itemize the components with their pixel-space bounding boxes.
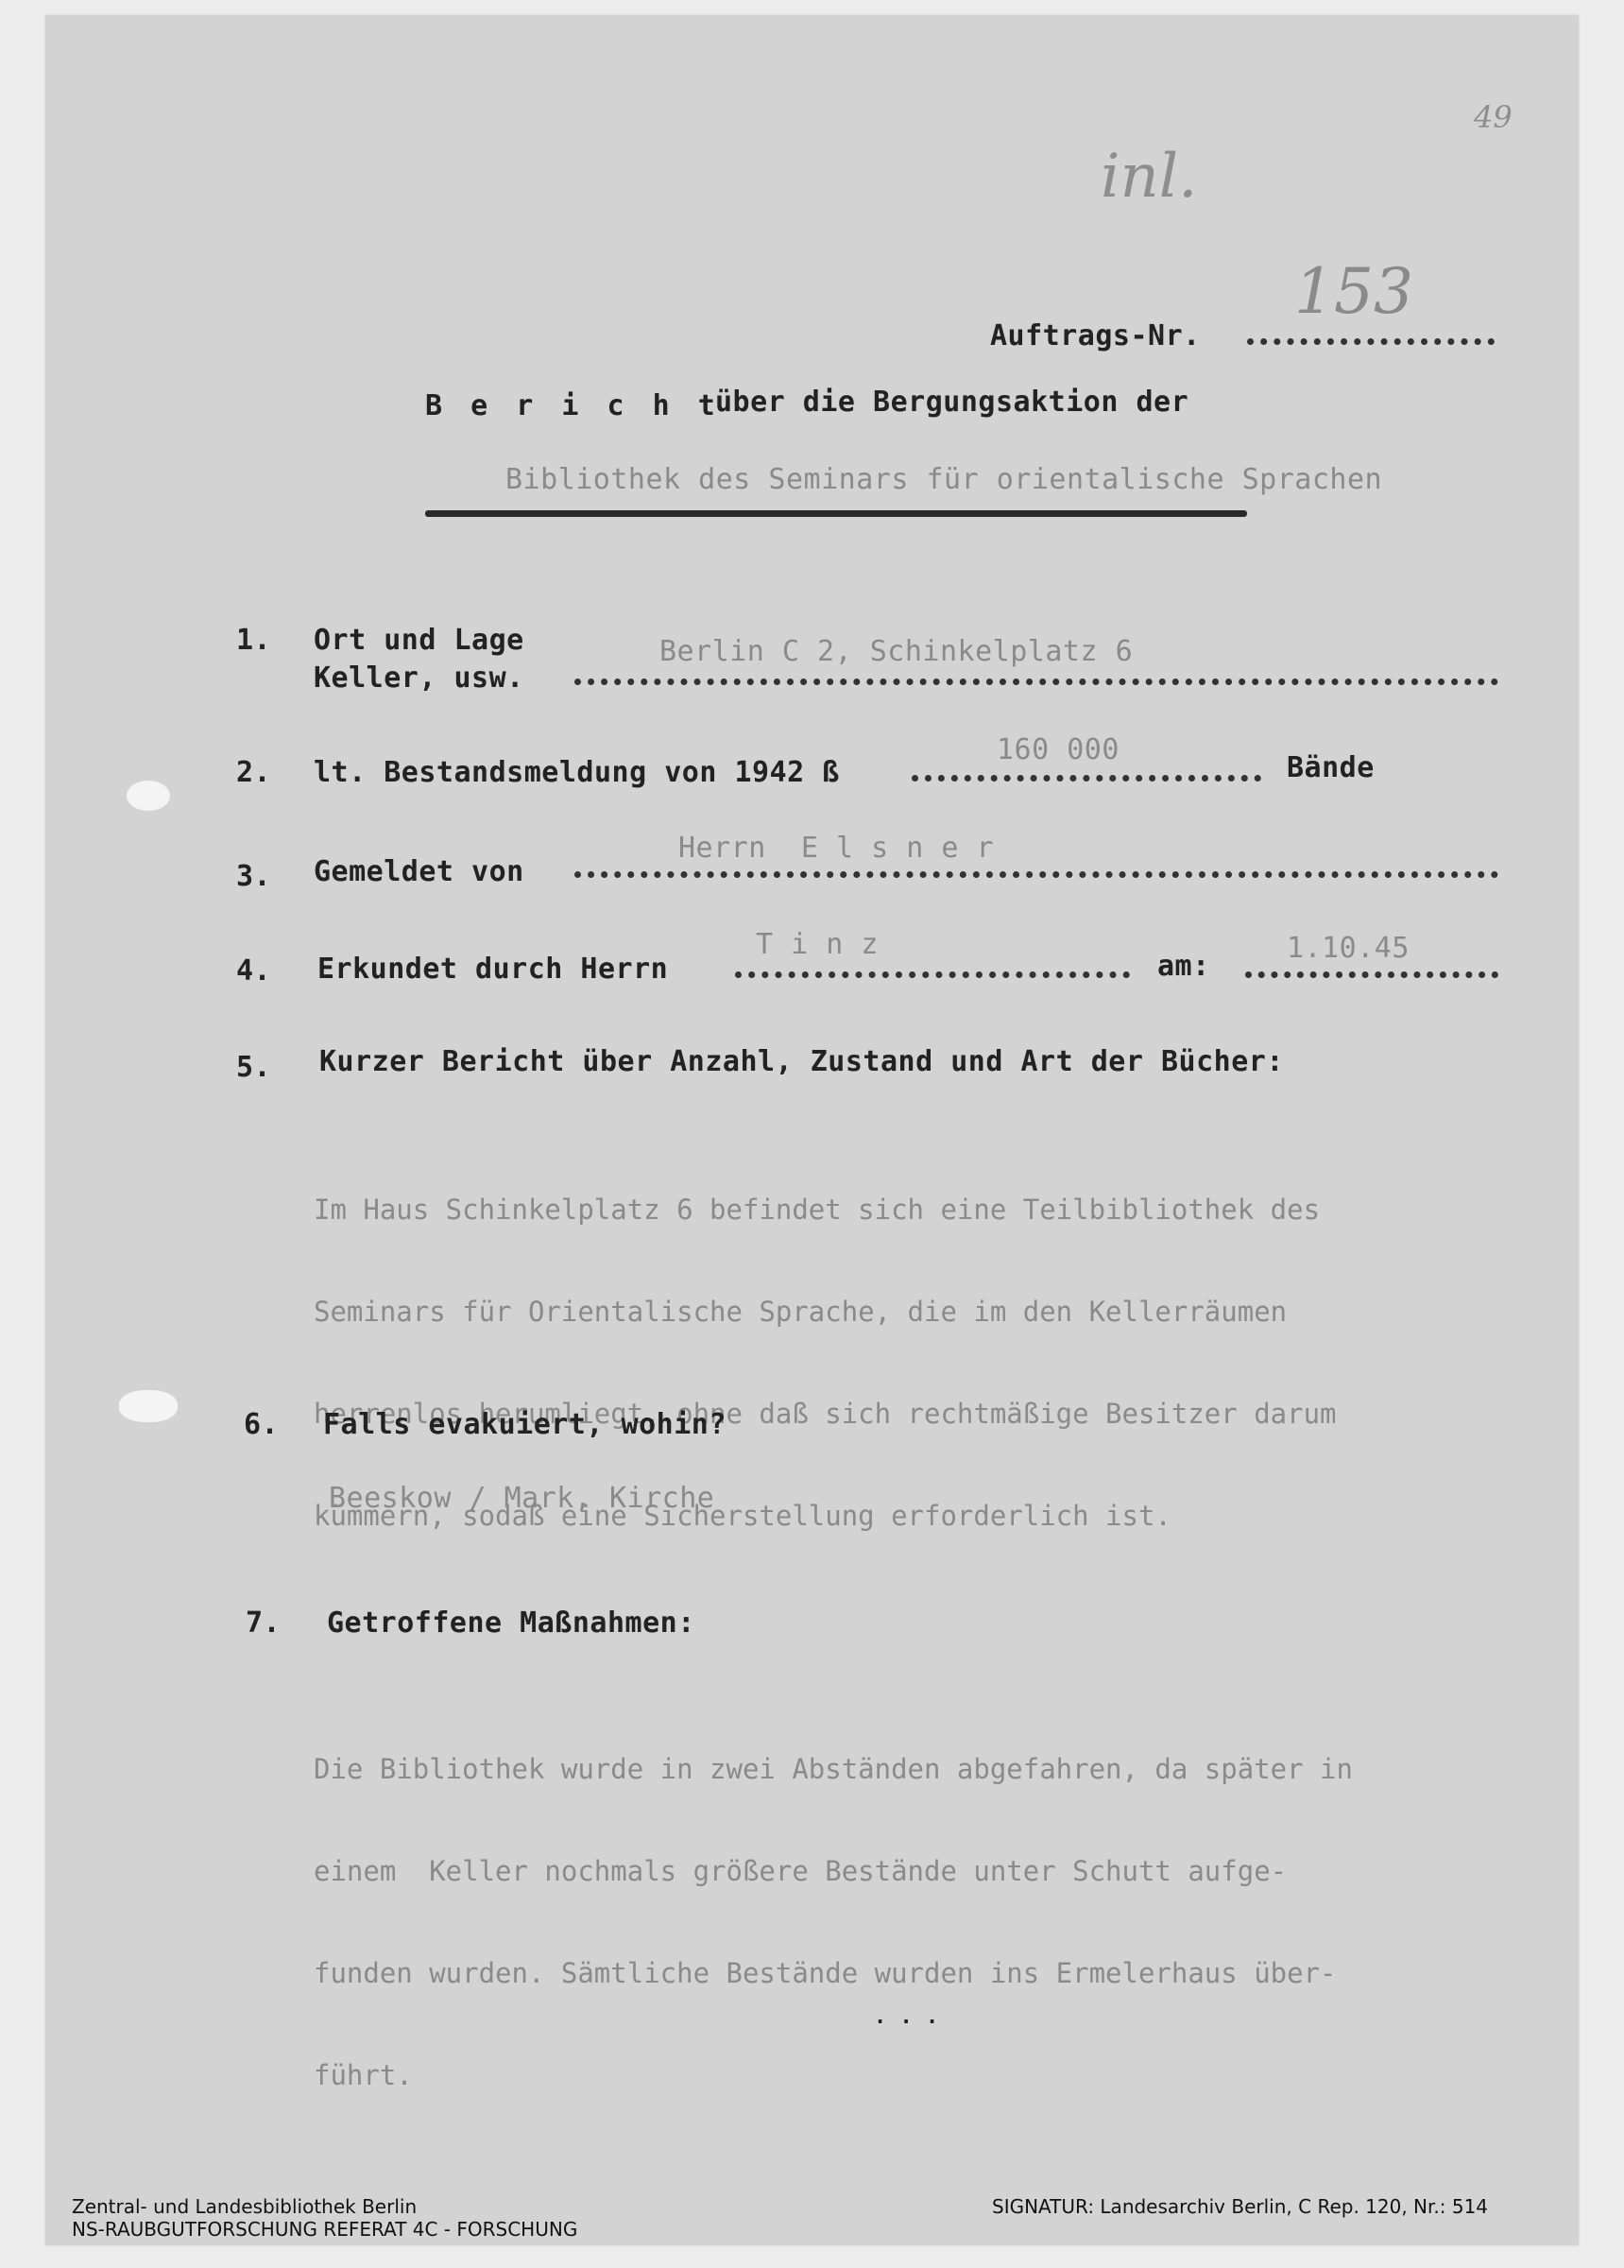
item-7-label: Getroffene Maßnahmen: — [327, 1606, 695, 1640]
footer-signature: SIGNATUR: Landesarchiv Berlin, C Rep. 12… — [992, 2195, 1488, 2218]
item-1-dotted-line — [574, 669, 1498, 685]
order-number-dotted-line — [1247, 329, 1495, 345]
item-4-date-value: 1.10.45 — [1287, 932, 1410, 965]
item-1-label-line1: Ort und Lage — [314, 624, 524, 657]
item-2-dotted-line — [912, 765, 1261, 782]
item-7-text: Die Bibliothek wurde in zwei Abständen a… — [314, 1684, 1353, 2126]
item-7-text-line: einem Keller nochmals größere Bestände u… — [314, 1854, 1353, 1888]
item-1-value: Berlin C 2, Schinkelplatz 6 — [659, 635, 1133, 668]
item-4-date-label: am: — [1157, 950, 1210, 983]
punch-hole — [119, 1390, 178, 1422]
item-1-label-line2: Keller, usw. — [314, 661, 524, 695]
item-4-number: 4. — [236, 954, 271, 988]
handwritten-initials: inl. — [1101, 142, 1198, 212]
item-6-number: 6. — [244, 1408, 279, 1441]
order-number: 153 — [1294, 255, 1413, 328]
item-5-label: Kurzer Bericht über Anzahl, Zustand und … — [319, 1045, 1284, 1078]
item-5-number: 5. — [236, 1051, 271, 1084]
item-2-number: 2. — [236, 756, 271, 789]
report-title-rest: über die Bergungsaktion der — [715, 386, 1188, 419]
footer-institution: Zentral- und Landesbibliothek Berlin — [72, 2195, 577, 2218]
library-name: Bibliothek des Seminars für orientalisch… — [505, 463, 1382, 496]
item-1-number: 1. — [236, 624, 271, 657]
item-6-value: Beeskow / Mark, Kirche — [329, 1482, 714, 1515]
report-title-spaced: B e r i c h t — [425, 389, 721, 422]
item-7-text-line: führt. — [314, 2058, 1353, 2092]
item-7-text-line: funden wurden. Sämtliche Bestände wurden… — [314, 1956, 1353, 1990]
item-7-text-line: Die Bibliothek wurde in zwei Abständen a… — [314, 1752, 1353, 1786]
item-4-label: Erkundet durch Herrn — [317, 953, 668, 986]
item-6-label: Falls evakuiert, wohin? — [323, 1408, 727, 1441]
item-4-dotted-line — [735, 962, 1130, 978]
page-number: 49 — [1474, 99, 1513, 135]
footer-left: Zentral- und Landesbibliothek Berlin NS-… — [72, 2195, 577, 2241]
item-4-date-dotted-line — [1245, 962, 1498, 978]
item-4-value: T i n z — [756, 928, 879, 961]
item-3-label: Gemeldet von — [314, 855, 524, 888]
punch-hole — [127, 781, 170, 811]
item-5-text-line: Im Haus Schinkelplatz 6 befindet sich ei… — [314, 1193, 1337, 1227]
item-2-value: 160 000 — [997, 733, 1120, 766]
footer-department: NS-RAUBGUTFORSCHUNG REFERAT 4C - FORSCHU… — [72, 2218, 577, 2241]
item-5-text-line: Seminars für Orientalische Sprache, die … — [314, 1295, 1337, 1329]
item-2-unit: Bände — [1287, 751, 1375, 784]
title-underline — [425, 510, 1247, 517]
continuation-mark: . . . — [874, 2005, 939, 2029]
item-3-dotted-line — [574, 862, 1498, 878]
item-2-label: lt. Bestandsmeldung von 1942 ß — [314, 756, 840, 789]
item-7-number: 7. — [246, 1606, 281, 1640]
item-3-value: Herrn E l s n e r — [678, 832, 994, 865]
item-3-number: 3. — [236, 860, 271, 893]
order-number-label: Auftrags-Nr. — [990, 319, 1201, 352]
